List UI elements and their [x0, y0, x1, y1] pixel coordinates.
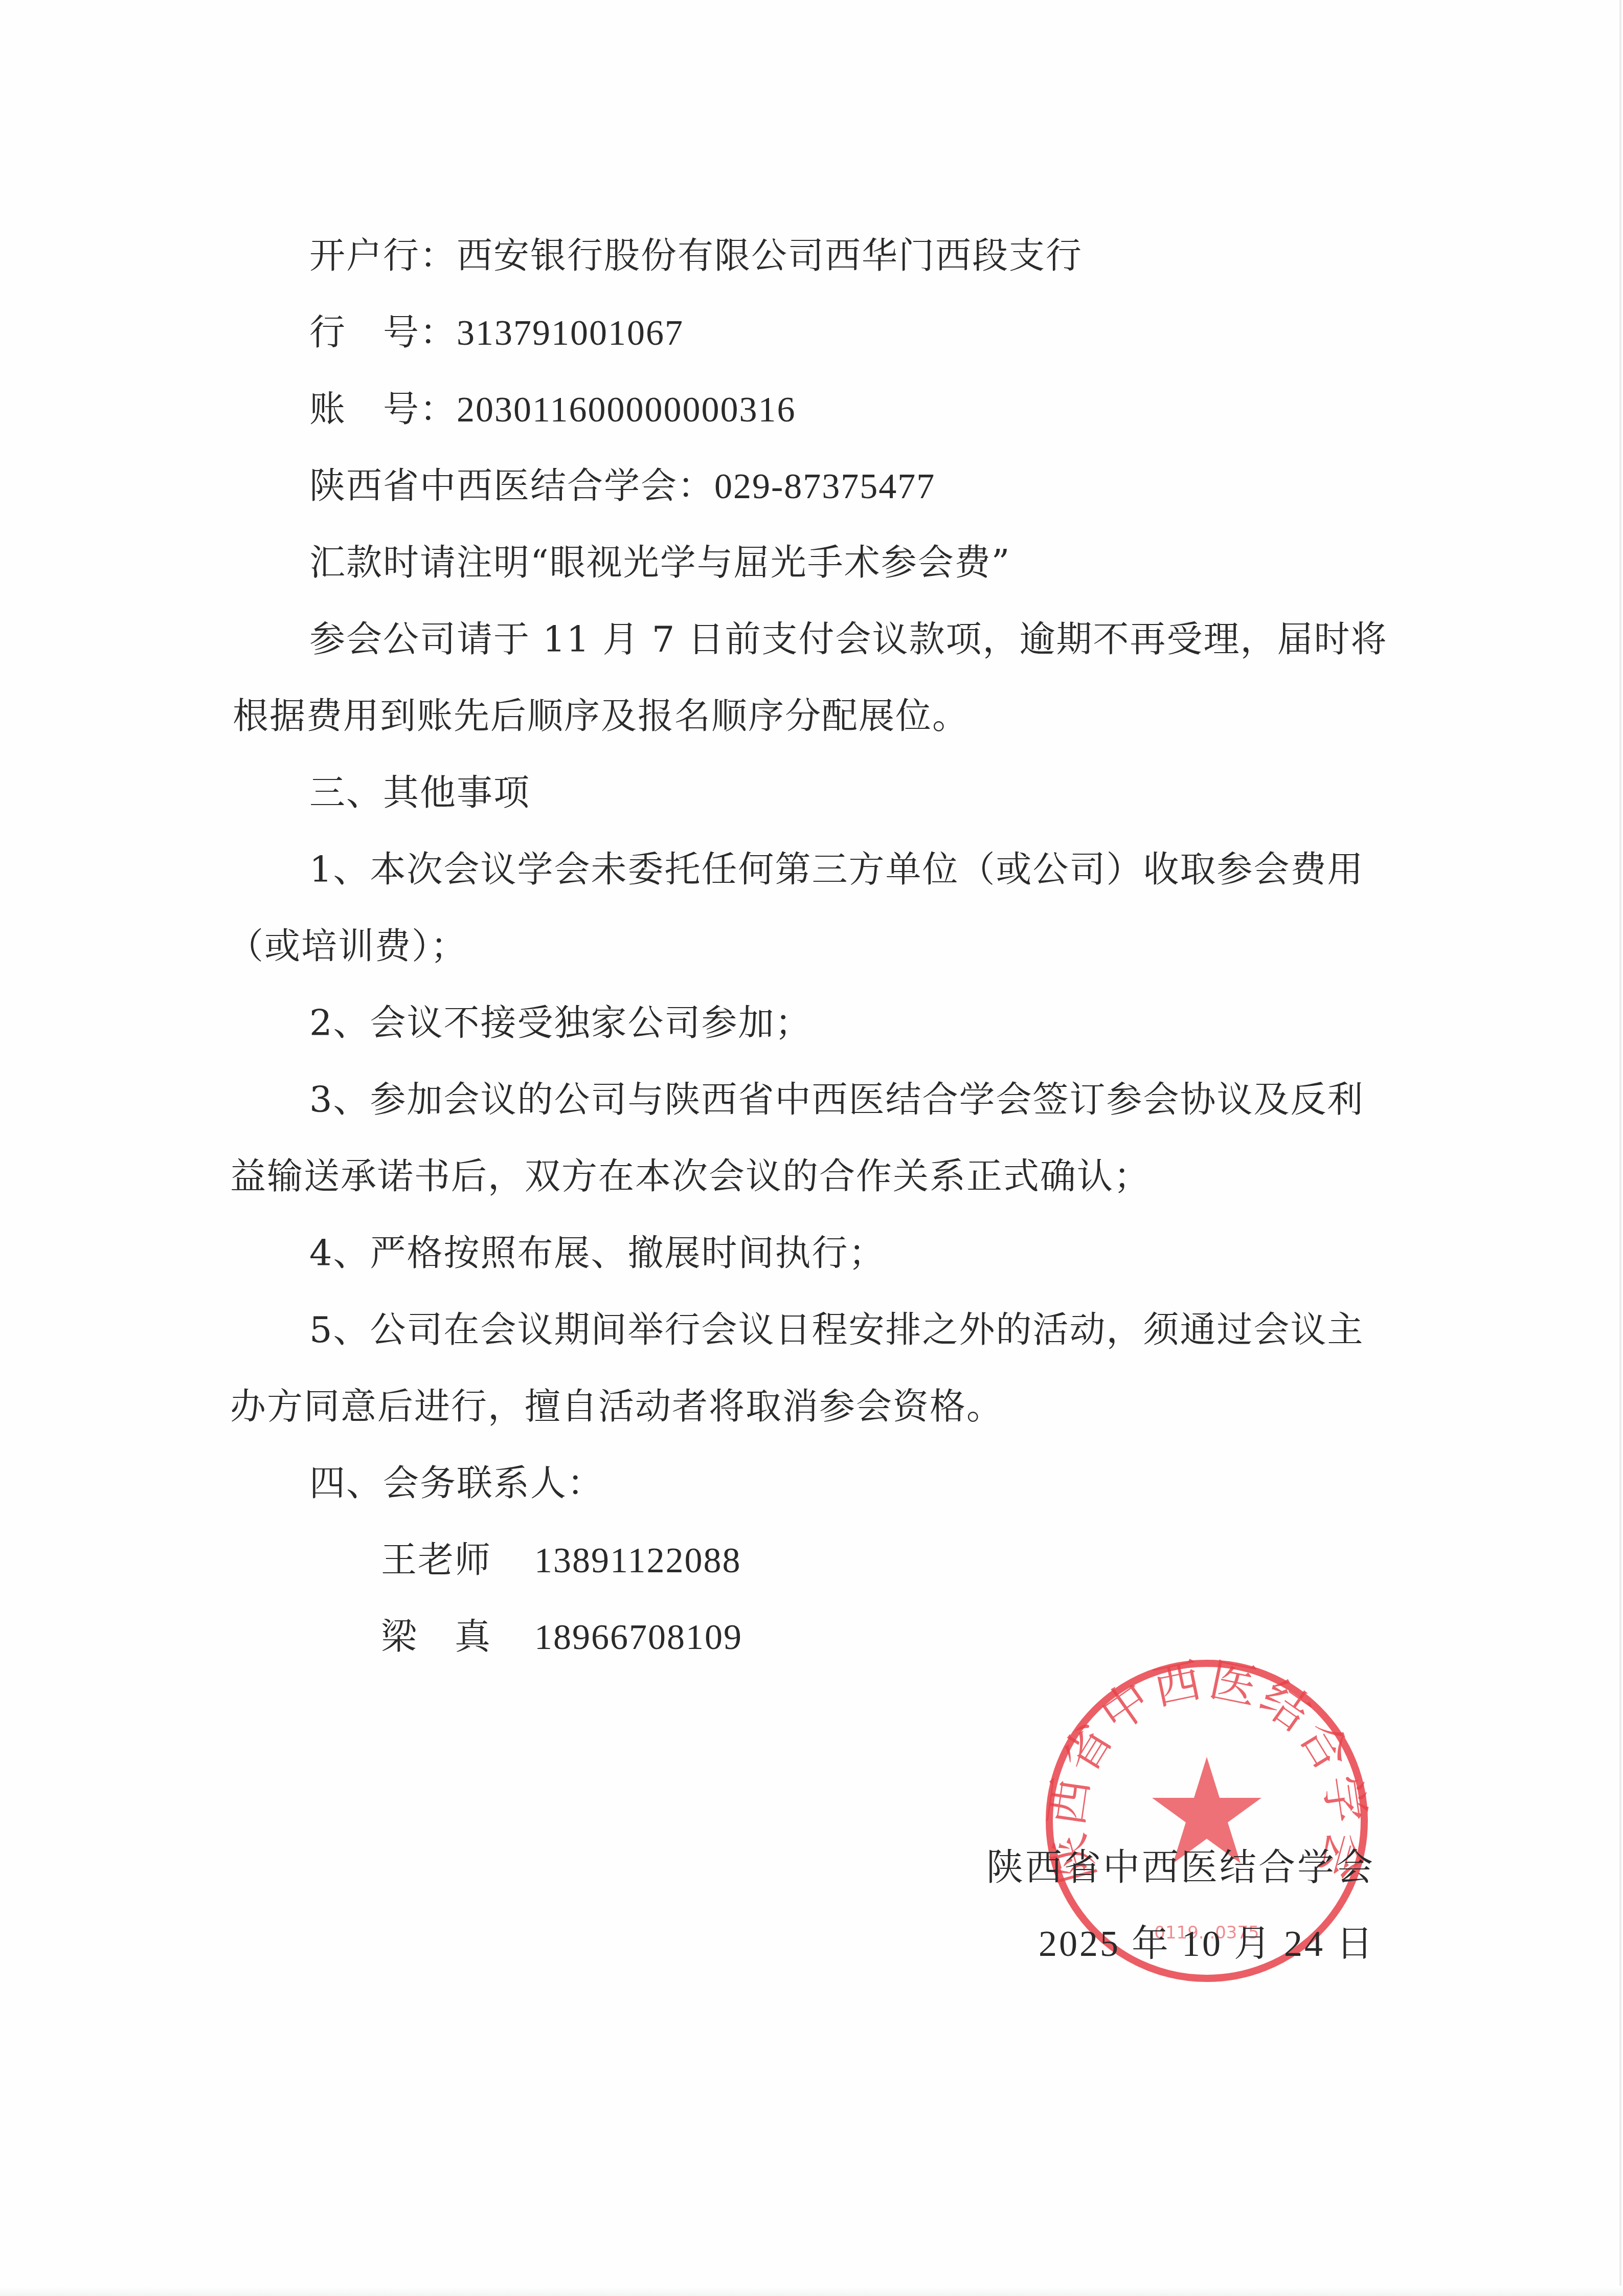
bank-name-line: 开户行：西安银行股份有限公司西华门西段支行 — [309, 233, 1083, 279]
contact-name: 梁 真 — [381, 1614, 534, 1660]
signature-organization: 陕西省中西医结合学会 — [986, 1844, 1375, 1890]
section3-heading: 三、其他事项 — [309, 770, 530, 816]
bank-name: 西安银行股份有限公司西华门西段支行 — [457, 235, 1083, 277]
contact-row: 梁 真18966708109 — [381, 1614, 742, 1661]
page-bottom-edge — [0, 2286, 1623, 2296]
contact-row: 王老师13891122088 — [381, 1537, 741, 1584]
account-label: 账 号： — [309, 388, 457, 430]
payment-deadline-line2: 根据费用到账先后顺序及报名顺序分配展位。 — [233, 693, 969, 739]
bank-code-line: 行 号：313791001067 — [309, 309, 684, 356]
section3-item5-line1: 5、公司在会议期间举行会议日程安排之外的活动，须通过会议主 — [309, 1307, 1364, 1353]
section4-heading: 四、会务联系人： — [309, 1460, 604, 1506]
section3-item3-line2: 益输送承诺书后，双方在本次会议的合作关系正式确认； — [230, 1153, 1151, 1199]
section3-item4: 4、严格按照布展、撤展时间执行； — [309, 1230, 886, 1276]
section3-item2: 2、会议不接受独家公司参加； — [309, 1000, 812, 1046]
bank-code: 313791001067 — [457, 314, 684, 353]
remittance-note: 汇款时请注明“眼视光学与屈光手术参会费” — [309, 540, 1011, 586]
account-number: 203011600000000316 — [457, 390, 796, 430]
org-phone: 029-87375477 — [714, 467, 935, 506]
org-phone-label: 陕西省中西医结合学会： — [309, 465, 714, 507]
document-page: 开户行：西安银行股份有限公司西华门西段支行 行 号：313791001067 账… — [0, 0, 1623, 2296]
section3-item1-line2: （或培训费）； — [228, 923, 467, 969]
section3-item3-line1: 3、参加会议的公司与陕西省中西医结合学会签订参会协议及反利 — [309, 1077, 1364, 1123]
contact-name: 王老师 — [381, 1537, 534, 1583]
org-phone-line: 陕西省中西医结合学会：029-87375477 — [309, 463, 935, 510]
payment-deadline-line1: 参会公司请于 11 月 7 日前支付会议款项，逾期不再受理，届时将 — [309, 616, 1388, 662]
contact-phone: 18966708109 — [534, 1618, 742, 1657]
page-edge — [1619, 0, 1621, 2296]
section3-item5-line2: 办方同意后进行，擅自活动者将取消参会资格。 — [230, 1384, 1003, 1430]
bank-code-label: 行 号： — [309, 311, 457, 353]
signature-date: 2025 年 10 月 24 日 — [1039, 1921, 1375, 1967]
bank-label: 开户行： — [309, 235, 457, 277]
section3-item1-line1: 1、本次会议学会未委托任何第三方单位（或公司）收取参会费用 — [309, 846, 1364, 893]
contact-phone: 13891122088 — [534, 1541, 741, 1580]
account-line: 账 号：203011600000000316 — [309, 386, 796, 433]
